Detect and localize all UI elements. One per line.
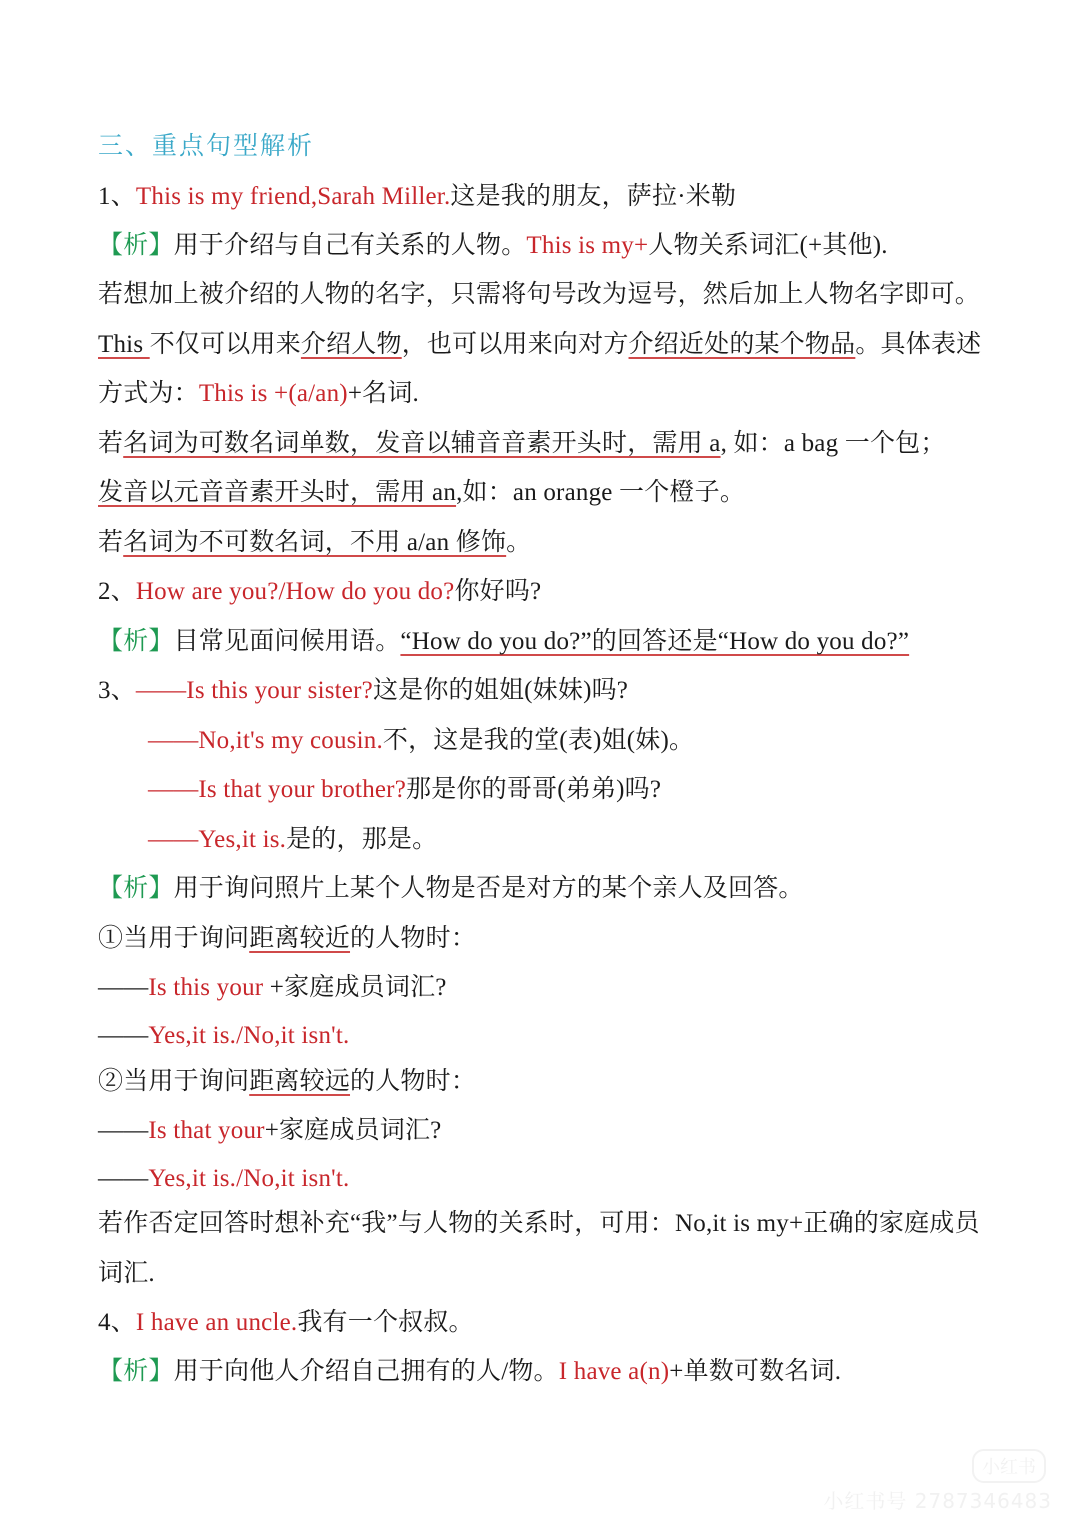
note-text: 若 bbox=[98, 430, 123, 457]
underlined-text: 名词为可数名词单数，发音以辅音音素开头时，需用 a bbox=[123, 430, 720, 457]
analysis-2: 【析】目常见面问候用语。“How do you do?”的回答还是“How do… bbox=[98, 625, 909, 659]
note-line: 发音以元音音素开头时，需用 an,如：an orange 一个橙子。 bbox=[98, 476, 745, 510]
chinese-translation: 你好吗? bbox=[454, 578, 541, 605]
dash: —— bbox=[98, 1117, 148, 1144]
english-sentence: How are you?/How do you do? bbox=[136, 578, 455, 605]
dialogue-english: ——Is that your brother? bbox=[148, 776, 406, 803]
dialogue-chinese: 是的，那是。 bbox=[286, 826, 437, 853]
pattern-answer: ——Yes,it is./No,it isn't. bbox=[98, 1162, 349, 1196]
far-usage: ②当用于询问距离较远的人物时： bbox=[98, 1065, 476, 1099]
sentence-2: 2、How are you?/How do you do?你好吗? bbox=[98, 575, 541, 609]
note-text: 方式为： bbox=[98, 380, 199, 407]
analysis-text: 用于向他人介绍自己拥有的人/物。 bbox=[174, 1358, 559, 1385]
underlined-text: 距离较近 bbox=[249, 925, 350, 952]
sentence-1: 1、This is my friend,Sarah Miller.这是我的朋友，… bbox=[98, 180, 736, 214]
dash: —— bbox=[98, 1022, 148, 1049]
pattern-chinese: +家庭成员词汇? bbox=[265, 1117, 442, 1144]
pattern-english: Yes,it is./No,it isn't. bbox=[148, 1165, 349, 1192]
near-usage: ①当用于询问距离较近的人物时： bbox=[98, 922, 476, 956]
note-text: 。具体表述 bbox=[855, 331, 981, 358]
analysis-text: 用于询问照片上某个人物是否是对方的某个亲人及回答。 bbox=[174, 875, 804, 902]
note-line: 若想加上被介绍的人物的名字，只需将句号改为逗号，然后加上人物名字即可。 bbox=[98, 278, 980, 312]
english-sentence: I have an uncle. bbox=[136, 1309, 297, 1336]
section-title: 三、重点句型解析 bbox=[98, 130, 314, 164]
dialogue-chinese: 这是你的姐姐(妹妹)吗? bbox=[373, 677, 628, 704]
note-text: 的人物时： bbox=[350, 925, 476, 952]
underlined-text: 发音以元音音素开头时，需用 an bbox=[98, 479, 456, 506]
dialogue-line: ——Yes,it is.是的，那是。 bbox=[148, 823, 437, 857]
item-number: 4、 bbox=[98, 1309, 136, 1336]
chinese-translation: 这是我的朋友，萨拉·米勒 bbox=[450, 183, 736, 210]
analysis-tag: 【析】 bbox=[98, 875, 174, 902]
underlined-text: 介绍人物 bbox=[301, 331, 402, 358]
analysis-3: 【析】用于询问照片上某个人物是否是对方的某个亲人及回答。 bbox=[98, 872, 804, 906]
dialogue-english: ——No,it's my cousin. bbox=[148, 727, 383, 754]
underlined-text: 距离较远 bbox=[249, 1068, 350, 1095]
analysis-text: 目常见面问候用语。 bbox=[174, 628, 401, 655]
pattern-chinese: +家庭成员词汇? bbox=[270, 974, 447, 1001]
watermark-logo: 小红书 bbox=[972, 1449, 1046, 1483]
analysis-text-tail: +单数可数名词. bbox=[669, 1358, 841, 1385]
note-text: , 如：a bag 一个包； bbox=[721, 430, 946, 457]
chinese-translation: 我有一个叔叔。 bbox=[297, 1309, 473, 1336]
analysis-1: 【析】用于介绍与自己有关系的人物。This is my+人物关系词汇(+其他). bbox=[98, 229, 888, 263]
note-text: 。 bbox=[506, 529, 531, 556]
dialogue-chinese: 不，这是我的堂(表)姐(妹)。 bbox=[383, 727, 694, 754]
underlined-text: 名词为不可数名词，不用 a/an 修饰 bbox=[123, 529, 506, 556]
analysis-pattern: I have a(n) bbox=[559, 1358, 669, 1385]
note-text: +名词. bbox=[348, 380, 419, 407]
underlined-text: This bbox=[98, 331, 150, 358]
dialogue-english: ——Yes,it is. bbox=[148, 826, 286, 853]
sentence-4: 4、I have an uncle.我有一个叔叔。 bbox=[98, 1306, 474, 1340]
underlined-text: 介绍近处的某个物品 bbox=[629, 331, 856, 358]
pattern-answer: ——Yes,it is./No,it isn't. bbox=[98, 1019, 349, 1053]
note-line: This 不仅可以用来介绍人物，也可以用来向对方介绍近处的某个物品。具体表述 bbox=[98, 328, 981, 362]
item-number: 3、 bbox=[98, 677, 136, 704]
pattern-english: Is this your bbox=[148, 974, 269, 1001]
pattern-english: Is that your bbox=[148, 1117, 264, 1144]
note-line: 若名词为可数名词单数，发音以辅音音素开头时，需用 a, 如：a bag 一个包； bbox=[98, 427, 946, 461]
note-line: 若作否定回答时想补充“我”与人物的关系时，可用：No,it is my+正确的家… bbox=[98, 1207, 980, 1241]
note-text: 的人物时： bbox=[350, 1068, 476, 1095]
pattern-question: ——Is this your +家庭成员词汇? bbox=[98, 971, 447, 1005]
note-text: ,如：an orange 一个橙子。 bbox=[456, 479, 745, 506]
analysis-tag: 【析】 bbox=[98, 1358, 174, 1385]
dialogue-english: ——Is this your sister? bbox=[136, 677, 373, 704]
note-text: 不仅可以用来 bbox=[150, 331, 301, 358]
dialogue-chinese: 那是你的哥哥(弟弟)吗? bbox=[406, 776, 661, 803]
note-text: ②当用于询问 bbox=[98, 1068, 249, 1095]
underlined-text: “How do you do?”的回答还是“How do you do?” bbox=[400, 628, 909, 655]
pattern-english: Yes,it is./No,it isn't. bbox=[148, 1022, 349, 1049]
note-text: ，也可以用来向对方 bbox=[402, 331, 629, 358]
watermark-id: 小红书号 2787346483 bbox=[823, 1485, 1052, 1514]
pattern-text: This is +(a/an) bbox=[199, 380, 348, 407]
dash: —— bbox=[98, 1165, 148, 1192]
dash: —— bbox=[98, 974, 148, 1001]
note-line: 若名词为不可数名词，不用 a/an 修饰。 bbox=[98, 526, 531, 560]
analysis-4: 【析】用于向他人介绍自己拥有的人/物。I have a(n)+单数可数名词. bbox=[98, 1355, 841, 1389]
analysis-tag: 【析】 bbox=[98, 628, 174, 655]
item-number: 2、 bbox=[98, 578, 136, 605]
english-sentence: This is my friend,Sarah Miller. bbox=[136, 183, 451, 210]
item-number: 1、 bbox=[98, 183, 136, 210]
pattern-question: ——Is that your+家庭成员词汇? bbox=[98, 1114, 441, 1148]
note-text: ①当用于询问 bbox=[98, 925, 249, 952]
note-text: 若 bbox=[98, 529, 123, 556]
note-line: 词汇. bbox=[98, 1257, 155, 1291]
analysis-text: 用于介绍与自己有关系的人物。 bbox=[174, 232, 527, 259]
sentence-3: 3、——Is this your sister?这是你的姐姐(妹妹)吗? bbox=[98, 674, 628, 708]
dialogue-line: ——Is that your brother?那是你的哥哥(弟弟)吗? bbox=[148, 773, 661, 807]
analysis-pattern: This is my+ bbox=[526, 232, 648, 259]
dialogue-line: ——No,it's my cousin.不，这是我的堂(表)姐(妹)。 bbox=[148, 724, 694, 758]
analysis-tag: 【析】 bbox=[98, 232, 174, 259]
note-line: 方式为：This is +(a/an)+名词. bbox=[98, 377, 419, 411]
analysis-text-tail: 人物关系词汇(+其他). bbox=[648, 232, 887, 259]
